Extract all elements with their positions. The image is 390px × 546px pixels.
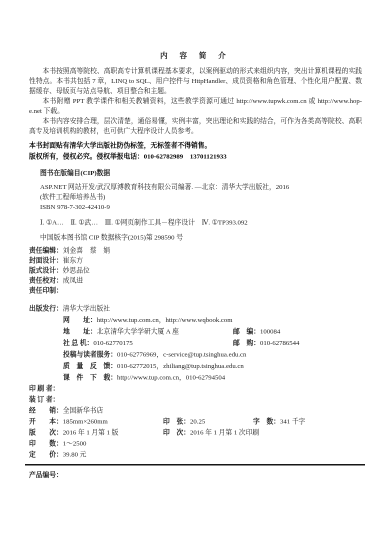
cip-isbn: ISBN 978-7-302-42410-9 [40,202,362,212]
switchboard-label: 社 总 机： [63,339,93,347]
quality-feedback-label: 质 量 反 馈： [63,362,117,370]
credit-row-print-supervisor: 责任印制： [29,286,362,296]
copyright-hotline-line: 版权所有，侵权必究。侵权举报电话：010-62782989 1370112193… [29,151,362,162]
credit-label: 封面设计： [29,257,63,265]
cip-classification: Ⅰ. ①A… Ⅱ. ①武… Ⅲ. ①网页制作工具－程序设计 Ⅳ. ①TP393.… [40,218,362,228]
address-value: 北京清华大学学研大厦 A 座 [97,328,179,336]
credit-label: 版式设计： [29,267,63,275]
courseware-download-row: 课 件 下 载：http://www.tup.com.cn，010-627945… [63,372,362,384]
reader-service-row: 投稿与读者服务：010-62776969，c-service@tup.tsing… [63,349,362,361]
website-label: 网 址： [63,316,97,324]
mailorder-value: 010-62786544 [260,339,299,347]
product-code-row: 产品编号： [29,470,362,480]
production-block: 印 刷 者： 装 订 者： 经 销：全国新华书店 开 本：185mm×260mm… [29,383,362,460]
wordcount-label: 字 数： [253,418,280,426]
sheets-label: 印 张： [163,418,190,426]
cip-series: (软件工程师培养丛书) [40,192,362,202]
website-value: http://www.tup.com.cn，http://www.wqbook.… [97,316,233,324]
postcode-cell: 邮 编：100084 [233,326,280,338]
anti-piracy-line: 本书封面贴有清华大学出版社防伪标签，无标签者不得销售。 [29,140,362,151]
credit-value: 成凤进 [63,277,83,285]
credit-value: 妙思品位 [63,267,90,275]
binder-label: 装 订 者： [29,396,59,404]
anti-piracy-notice: 本书封面贴有清华大学出版社防伪标签，无标签者不得销售。 版权所有，侵权必究。侵权… [29,140,362,162]
credits-block: 责任编辑：刘金喜 蔡 娟 封面设计：崔东方 版式设计：妙思品位 责任校对：成凤进… [29,246,362,296]
credit-row-editor: 责任编辑：刘金喜 蔡 娟 [29,246,362,256]
wordcount-value: 341 千字 [280,418,305,426]
publisher-row: 出版发行：清华大学出版社 [29,303,362,315]
postcode-label: 邮 编： [233,328,260,336]
credit-value: 崔东方 [63,257,83,265]
publisher-website-row: 网 址：http://www.tup.com.cn，http://www.wqb… [63,314,362,326]
summary-paragraph-3: 本书内容安排合理，层次清楚，通俗易懂，实例丰富，突出理论和实践的结合，可作为各类… [29,116,362,136]
print-run-value: 1～2500 [63,440,87,448]
print-run-label: 印 数： [29,440,63,448]
content-summary-heading: 内 容 简 介 [29,51,362,61]
edition-label: 版 次： [29,429,63,437]
distribution-label: 经 销： [29,407,63,415]
price-label: 定 价： [29,451,63,459]
sheets-cell: 印 张：20.25 [163,416,205,427]
publisher-label: 出版发行： [29,305,63,313]
format-value: 185mm×260mm [63,418,108,426]
courseware-download-value: http://www.tup.com.cn，010-62794504 [117,374,225,382]
courseware-download-label: 课 件 下 载： [63,374,117,382]
credit-label: 责任编辑： [29,247,63,255]
wordcount-cell: 字 数：341 千字 [253,416,305,427]
credit-row-layout-design: 版式设计：妙思品位 [29,266,362,276]
edition-row: 版 次：2016 年 1 月第 1 版 印 次：2016 年 1 月第 1 次印… [29,427,362,438]
credit-value: 刘金喜 蔡 娟 [63,247,110,255]
summary-paragraph-1: 本书按照高等院校、高职高专计算机课程基本要求，以案例驱动的形式来组织内容，突出计… [29,66,362,96]
credit-label: 责任印制： [29,287,63,295]
cip-block: 图书在版编目(CIP)数据 ASP.NET 网站开发/武汉厚溥教育科技有限公司编… [40,168,362,243]
cip-header: 图书在版编目(CIP)数据 [40,168,362,178]
cip-entry: ASP.NET 网站开发/武汉厚溥教育科技有限公司编著. —北京：清华大学出版社… [40,182,362,192]
print-run-row: 印 数：1～2500 [29,438,362,449]
quality-feedback-value: 010-62772015，zhiliang@tup.tsinghua.edu.c… [117,362,244,370]
impression-value: 2016 年 1 月第 1 次印刷 [190,429,259,437]
impression-label: 印 次： [163,429,190,437]
reader-service-value: 010-62776969，c-service@tup.tsinghua.edu.… [117,351,246,359]
postcode-value: 100084 [260,328,280,336]
price-value: 39.80 元 [63,451,87,459]
product-code-label: 产品编号： [29,471,63,479]
distribution-row: 经 销：全国新华书店 [29,405,362,416]
printer-row: 印 刷 者： [29,383,362,394]
publisher-address-row: 地 址：北京清华大学学研大厦 A 座 邮 编：100084 [63,326,362,338]
summary-paragraph-2: 本书附赠 PPT 教学课件和相关教辅资料，这些教学资源可通过 http://ww… [29,96,362,116]
publisher-block: 出版发行：清华大学出版社 网 址：http://www.tup.com.cn，h… [29,303,362,384]
price-row: 定 价：39.80 元 [29,449,362,460]
credit-row-cover-design: 封面设计：崔东方 [29,256,362,266]
distribution-value: 全国新华书店 [63,407,104,415]
printer-label: 印 刷 者： [29,385,59,393]
divider-rule [25,464,365,466]
credit-row-proofreader: 责任校对：成凤进 [29,276,362,286]
mailorder-cell: 邮 购：010-62786544 [233,337,299,349]
impression-cell: 印 次：2016 年 1 月第 1 次印刷 [163,427,259,438]
address-label: 地 址： [63,328,97,336]
copyright-page: 内 容 简 介 本书按照高等院校、高职高专计算机课程基本要求，以案例驱动的形式来… [0,0,390,546]
format-row: 开 本：185mm×260mm 印 张：20.25 字 数：341 千字 [29,416,362,427]
reader-service-label: 投稿与读者服务： [63,351,117,359]
binder-row: 装 订 者： [29,394,362,405]
publisher-switchboard-row: 社 总 机：010-62770175 邮 购：010-62786544 [63,337,362,349]
credit-label: 责任校对： [29,277,63,285]
publisher-name: 清华大学出版社 [63,305,110,313]
switchboard-value: 010-62770175 [93,339,132,347]
edition-value: 2016 年 1 月第 1 版 [63,429,119,437]
format-label: 开 本： [29,418,63,426]
quality-feedback-row: 质 量 反 馈：010-62772015，zhiliang@tup.tsingh… [63,360,362,372]
sheets-value: 20.25 [190,418,205,426]
cip-record: 中国版本图书馆 CIP 数据核字(2015)第 298590 号 [40,233,362,243]
mailorder-label: 邮 购： [233,339,260,347]
